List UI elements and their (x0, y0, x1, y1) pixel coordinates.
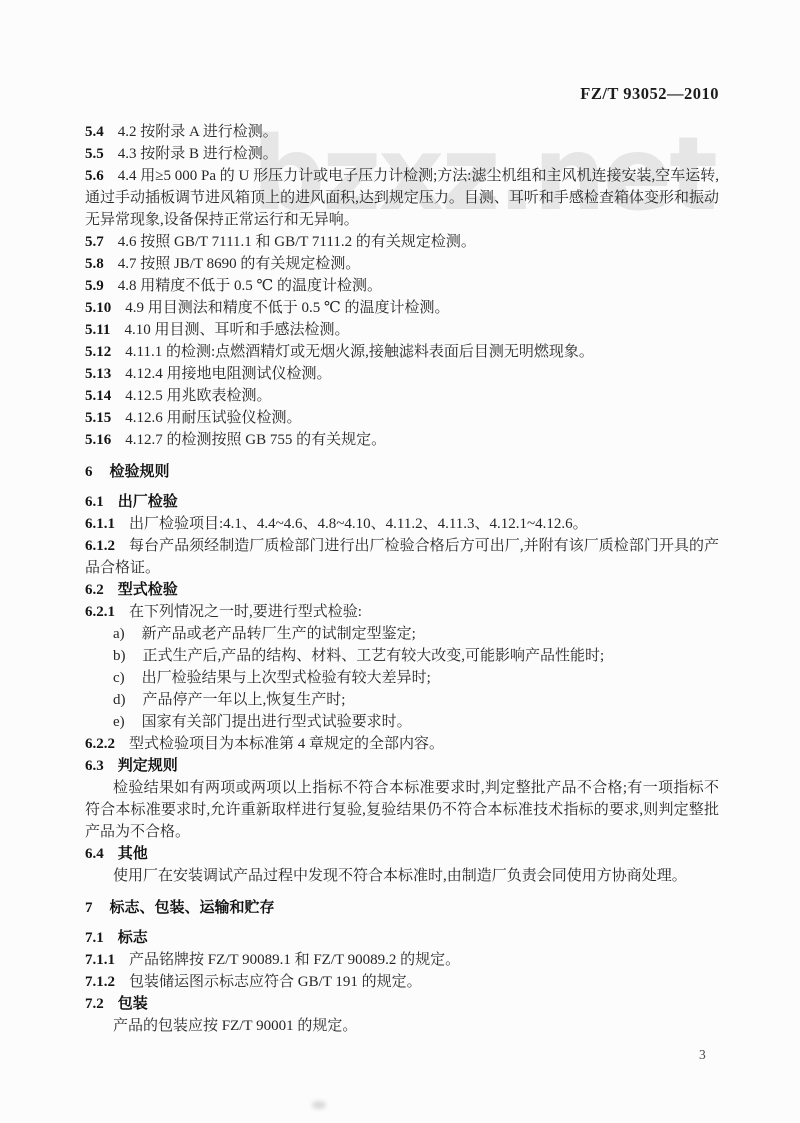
document-body: 5.44.2 按附录 A 进行检测。5.54.3 按附录 B 进行检测。5.64… (85, 121, 719, 1037)
clause-number: 6.4 (85, 846, 118, 862)
clause-text: 4.7 按照 JB/T 8690 的有关规定检测。 (118, 256, 361, 272)
clause-5-15: 5.154.12.6 用耐压试验仪检测。 (85, 407, 719, 429)
clause-5-7: 5.74.6 按照 GB/T 7111.1 和 GB/T 7111.2 的有关规… (85, 231, 719, 253)
heading-6-2: 6.2型式检验 (85, 579, 719, 601)
clause-text: 4.12.6 用耐压试验仪检测。 (125, 410, 301, 426)
item-e: e)国家有关部门提出进行型式试验要求时。 (85, 711, 719, 733)
clause-number: 5.6 (85, 168, 118, 184)
clause-6-1-1: 6.1.1出厂检验项目:4.1、4.4~4.6、4.8~4.10、4.11.2、… (85, 513, 719, 535)
clause-5-11: 5.114.10 用目测、耳听和手感法检测。 (85, 319, 719, 341)
clause-text: 每台产品须经制造厂质检部门进行出厂检验合格后方可出厂,并附有该厂质检部门开具的产… (85, 538, 719, 576)
clause-text: 4.11.1 的检测:点燃酒精灯或无烟火源,接触滤料表面后目测无明燃现象。 (125, 344, 594, 360)
clause-number: 7.1.2 (85, 974, 129, 990)
clause-text: 新产品或老产品转厂生产的试制定型鉴定; (142, 626, 416, 642)
clause-number: 6.1.2 (85, 538, 129, 554)
clause-5-13: 5.134.12.4 用接地电阻测试仪检测。 (85, 363, 719, 385)
clause-number: 6.2.2 (85, 736, 129, 752)
clause-number: 6.2 (85, 582, 118, 598)
clause-text: 标志、包装、运输和贮存 (110, 900, 275, 916)
clause-text: 4.10 用目测、耳听和手感法检测。 (124, 322, 349, 338)
heading-6-4: 6.4其他 (85, 843, 719, 865)
heading-6-3: 6.3判定规则 (85, 755, 719, 777)
clause-5-5: 5.54.3 按附录 B 进行检测。 (85, 143, 719, 165)
chapter-7: 7标志、包装、运输和贮存 (85, 897, 719, 919)
clause-number: 6.2.1 (85, 604, 129, 620)
clause-6-2-2: 6.2.2型式检验项目为本标准第 4 章规定的全部内容。 (85, 733, 719, 755)
clause-number: 5.15 (85, 410, 125, 426)
clause-5-8: 5.84.7 按照 JB/T 8690 的有关规定检测。 (85, 253, 719, 275)
clause-text: 型式检验项目为本标准第 4 章规定的全部内容。 (129, 736, 444, 752)
item-b: b)正式生产后,产品的结构、材料、工艺有较大改变,可能影响产品性能时; (85, 645, 719, 667)
clause-text: 正式生产后,产品的结构、材料、工艺有较大改变,可能影响产品性能时; (143, 648, 605, 664)
clause-text: 检验规则 (110, 464, 170, 480)
clause-text: 4.8 用精度不低于 0.5 ℃ 的温度计检测。 (118, 278, 382, 294)
page-number: 3 (699, 1047, 706, 1063)
clause-text: 4.6 按照 GB/T 7111.1 和 GB/T 7111.2 的有关规定检测… (118, 234, 476, 250)
clause-text: 4.12.7 的检测按照 GB 755 的有关规定。 (125, 432, 386, 448)
clause-number: 5.8 (85, 256, 118, 272)
clause-6-2-1: 6.2.1在下列情况之一时,要进行型式检验: (85, 601, 719, 623)
clause-number: 5.10 (85, 300, 125, 316)
clause-text: 判定规则 (118, 758, 178, 774)
para-p26: 检验结果如有两项或两项以上指标不符合本标准要求时,判定整批产品不合格;有一项指标… (85, 777, 719, 843)
chapter-6: 6检验规则 (85, 461, 719, 483)
clause-number: 6.3 (85, 758, 118, 774)
clause-text: 出厂检验结果与上次型式检验有较大差异时; (142, 670, 431, 686)
clause-text: 包装储运图示标志应符合 GB/T 191 的规定。 (129, 974, 422, 990)
clause-text: 其他 (118, 846, 148, 862)
clause-text: 4.4 用≥5 000 Pa 的 U 形压力计或电子压力计检测;方法:滤尘机组和… (85, 168, 719, 228)
clause-number: 5.7 (85, 234, 118, 250)
item-d: d)产品停产一年以上,恢复生产时; (85, 689, 719, 711)
clause-number: 7.2 (85, 996, 118, 1012)
clause-text: 产品铭牌按 FZ/T 90089.1 和 FZ/T 90089.2 的规定。 (129, 952, 460, 968)
heading-7-2: 7.2包装 (85, 993, 719, 1015)
item-marker: b) (113, 648, 143, 664)
clause-text: 4.9 用目测法和精度不低于 0.5 ℃ 的温度计检测。 (125, 300, 449, 316)
heading-6-1: 6.1出厂检验 (85, 491, 719, 513)
clause-number: 5.9 (85, 278, 118, 294)
clause-number: 6.1.1 (85, 516, 129, 532)
clause-5-14: 5.144.12.5 用兆欧表检测。 (85, 385, 719, 407)
clause-text: 4.12.5 用兆欧表检测。 (125, 388, 271, 404)
clause-text: 4.3 按附录 B 进行检测。 (118, 146, 278, 162)
clause-text: 包装 (118, 996, 148, 1012)
clause-number: 6.1 (85, 494, 118, 510)
clause-number: 6 (85, 464, 110, 480)
item-marker: e) (113, 714, 142, 730)
clause-text: 型式检验 (118, 582, 178, 598)
para-p28: 使用厂在安装调试产品过程中发现不符合本标准时,由制造厂负责会同使用方协商处理。 (85, 865, 719, 887)
clause-text: 标志 (118, 930, 148, 946)
clause-5-4: 5.44.2 按附录 A 进行检测。 (85, 121, 719, 143)
item-c: c)出厂检验结果与上次型式检验有较大差异时; (85, 667, 719, 689)
clause-text: 4.12.4 用接地电阻测试仪检测。 (125, 366, 331, 382)
item-marker: d) (113, 692, 143, 708)
clause-number: 5.5 (85, 146, 118, 162)
heading-7-1: 7.1标志 (85, 927, 719, 949)
standard-number-header: FZ/T 93052—2010 (580, 84, 719, 104)
clause-text: 出厂检验 (118, 494, 178, 510)
clause-number: 5.16 (85, 432, 125, 448)
clause-text: 4.2 按附录 A 进行检测。 (118, 124, 278, 140)
clause-text: 在下列情况之一时,要进行型式检验: (129, 604, 362, 620)
scan-smudge (312, 1101, 326, 1109)
clause-text: 国家有关部门提出进行型式试验要求时。 (142, 714, 412, 730)
clause-5-16: 5.164.12.7 的检测按照 GB 755 的有关规定。 (85, 429, 719, 451)
item-marker: c) (113, 670, 142, 686)
clause-7-1-1: 7.1.1产品铭牌按 FZ/T 90089.1 和 FZ/T 90089.2 的… (85, 949, 719, 971)
clause-number: 5.13 (85, 366, 125, 382)
clause-text: 产品停产一年以上,恢复生产时; (143, 692, 346, 708)
clause-number: 7.1.1 (85, 952, 129, 968)
clause-text: 检验结果如有两项或两项以上指标不符合本标准要求时,判定整批产品不合格;有一项指标… (85, 780, 719, 840)
clause-number: 7 (85, 900, 110, 916)
clause-number: 5.14 (85, 388, 125, 404)
clause-text: 出厂检验项目:4.1、4.4~4.6、4.8~4.10、4.11.2、4.11.… (129, 516, 588, 532)
clause-6-1-2: 6.1.2每台产品须经制造厂质检部门进行出厂检验合格后方可出厂,并附有该厂质检部… (85, 535, 719, 579)
clause-5-9: 5.94.8 用精度不低于 0.5 ℃ 的温度计检测。 (85, 275, 719, 297)
clause-5-6: 5.64.4 用≥5 000 Pa 的 U 形压力计或电子压力计检测;方法:滤尘… (85, 165, 719, 231)
item-a: a)新产品或老产品转厂生产的试制定型鉴定; (85, 623, 719, 645)
clause-number: 5.4 (85, 124, 118, 140)
clause-5-10: 5.104.9 用目测法和精度不低于 0.5 ℃ 的温度计检测。 (85, 297, 719, 319)
clause-5-12: 5.124.11.1 的检测:点燃酒精灯或无烟火源,接触滤料表面后目测无明燃现象… (85, 341, 719, 363)
clause-text: 使用厂在安装调试产品过程中发现不符合本标准时,由制造厂负责会同使用方协商处理。 (113, 868, 687, 884)
standard-document-page: bzxz.net FZ/T 93052—2010 5.44.2 按附录 A 进行… (0, 0, 800, 1123)
clause-number: 5.11 (85, 322, 124, 338)
clause-7-1-2: 7.1.2包装储运图示标志应符合 GB/T 191 的规定。 (85, 971, 719, 993)
clause-text: 产品的包装应按 FZ/T 90001 的规定。 (113, 1018, 357, 1034)
para-p34: 产品的包装应按 FZ/T 90001 的规定。 (85, 1015, 719, 1037)
clause-number: 5.12 (85, 344, 125, 360)
clause-number: 7.1 (85, 930, 118, 946)
item-marker: a) (113, 626, 142, 642)
